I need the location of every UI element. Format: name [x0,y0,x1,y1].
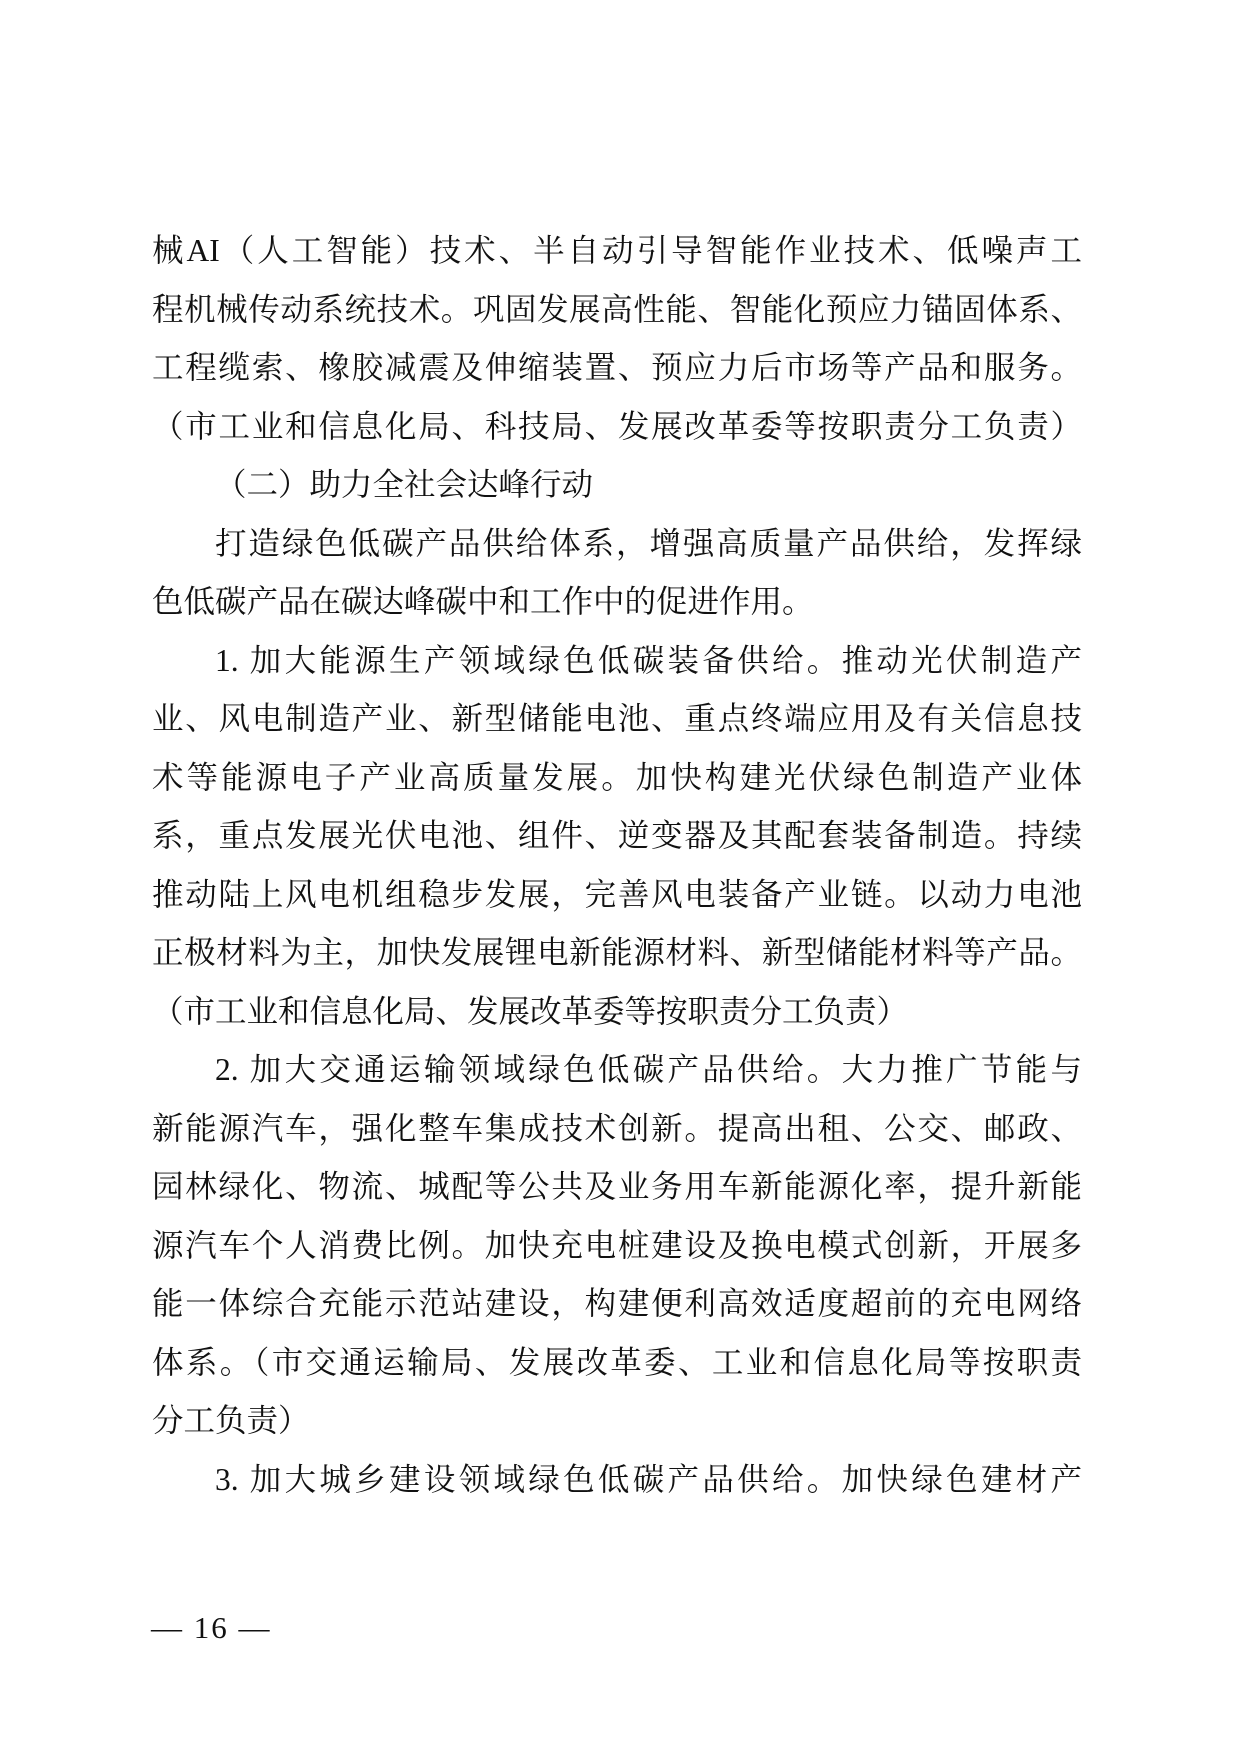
text-line: 工程缆索、橡胶减震及伸缩装置、预应力后市场等产品和服务。 [152,339,1082,398]
text-line: 正极材料为主，加快发展锂电新能源材料、新型储能材料等产品。 [152,924,1082,983]
text-line: 体系。（市交通运输局、发展改革委、工业和信息化局等按职责 [152,1334,1082,1393]
text-line: 推动陆上风电机组稳步发展，完善风电装备产业链。以动力电池 [152,866,1082,925]
document-body: 械AI（人工智能）技术、半自动引导智能作业技术、低噪声工 程机械传动系统技术。巩… [152,222,1082,1509]
text-line: 园林绿化、物流、城配等公共及业务用车新能源化率，提升新能 [152,1158,1082,1217]
document-page: 械AI（人工智能）技术、半自动引导智能作业技术、低噪声工 程机械传动系统技术。巩… [0,0,1241,1755]
page-number: — 16 — [151,1608,272,1648]
text-line: 打造绿色低碳产品供给体系，增强高质量产品供给，发挥绿 [152,515,1082,574]
text-line: 程机械传动系统技术。巩固发展高性能、智能化预应力锚固体系、 [152,281,1082,340]
text-line: 械AI（人工智能）技术、半自动引导智能作业技术、低噪声工 [152,222,1082,281]
text-line: （市工业和信息化局、科技局、发展改革委等按职责分工负责） [152,398,1082,457]
text-line: 系，重点发展光伏电池、组件、逆变器及其配套装备制造。持续 [152,807,1082,866]
text-line: 色低碳产品在碳达峰碳中和工作中的促进作用。 [152,573,1082,632]
numbered-item-line: 2. 加大交通运输领域绿色低碳产品供给。大力推广节能与 [152,1041,1082,1100]
text-line: 分工负责） [152,1392,1082,1451]
text-line: 术等能源电子产业高质量发展。加快构建光伏绿色制造产业体 [152,749,1082,808]
text-line: 业、风电制造产业、新型储能电池、重点终端应用及有关信息技 [152,690,1082,749]
text-line: （市工业和信息化局、发展改革委等按职责分工负责） [152,983,1082,1042]
text-line: 新能源汽车，强化整车集成技术创新。提高出租、公交、邮政、 [152,1100,1082,1159]
numbered-item-line: 3. 加大城乡建设领域绿色低碳产品供给。加快绿色建材产 [152,1451,1082,1510]
section-heading: （二）助力全社会达峰行动 [152,456,1082,515]
text-line: 源汽车个人消费比例。加快充电桩建设及换电模式创新，开展多 [152,1217,1082,1276]
text-line: 能一体综合充能示范站建设，构建便利高效适度超前的充电网络 [152,1275,1082,1334]
numbered-item-line: 1. 加大能源生产领域绿色低碳装备供给。推动光伏制造产 [152,632,1082,691]
